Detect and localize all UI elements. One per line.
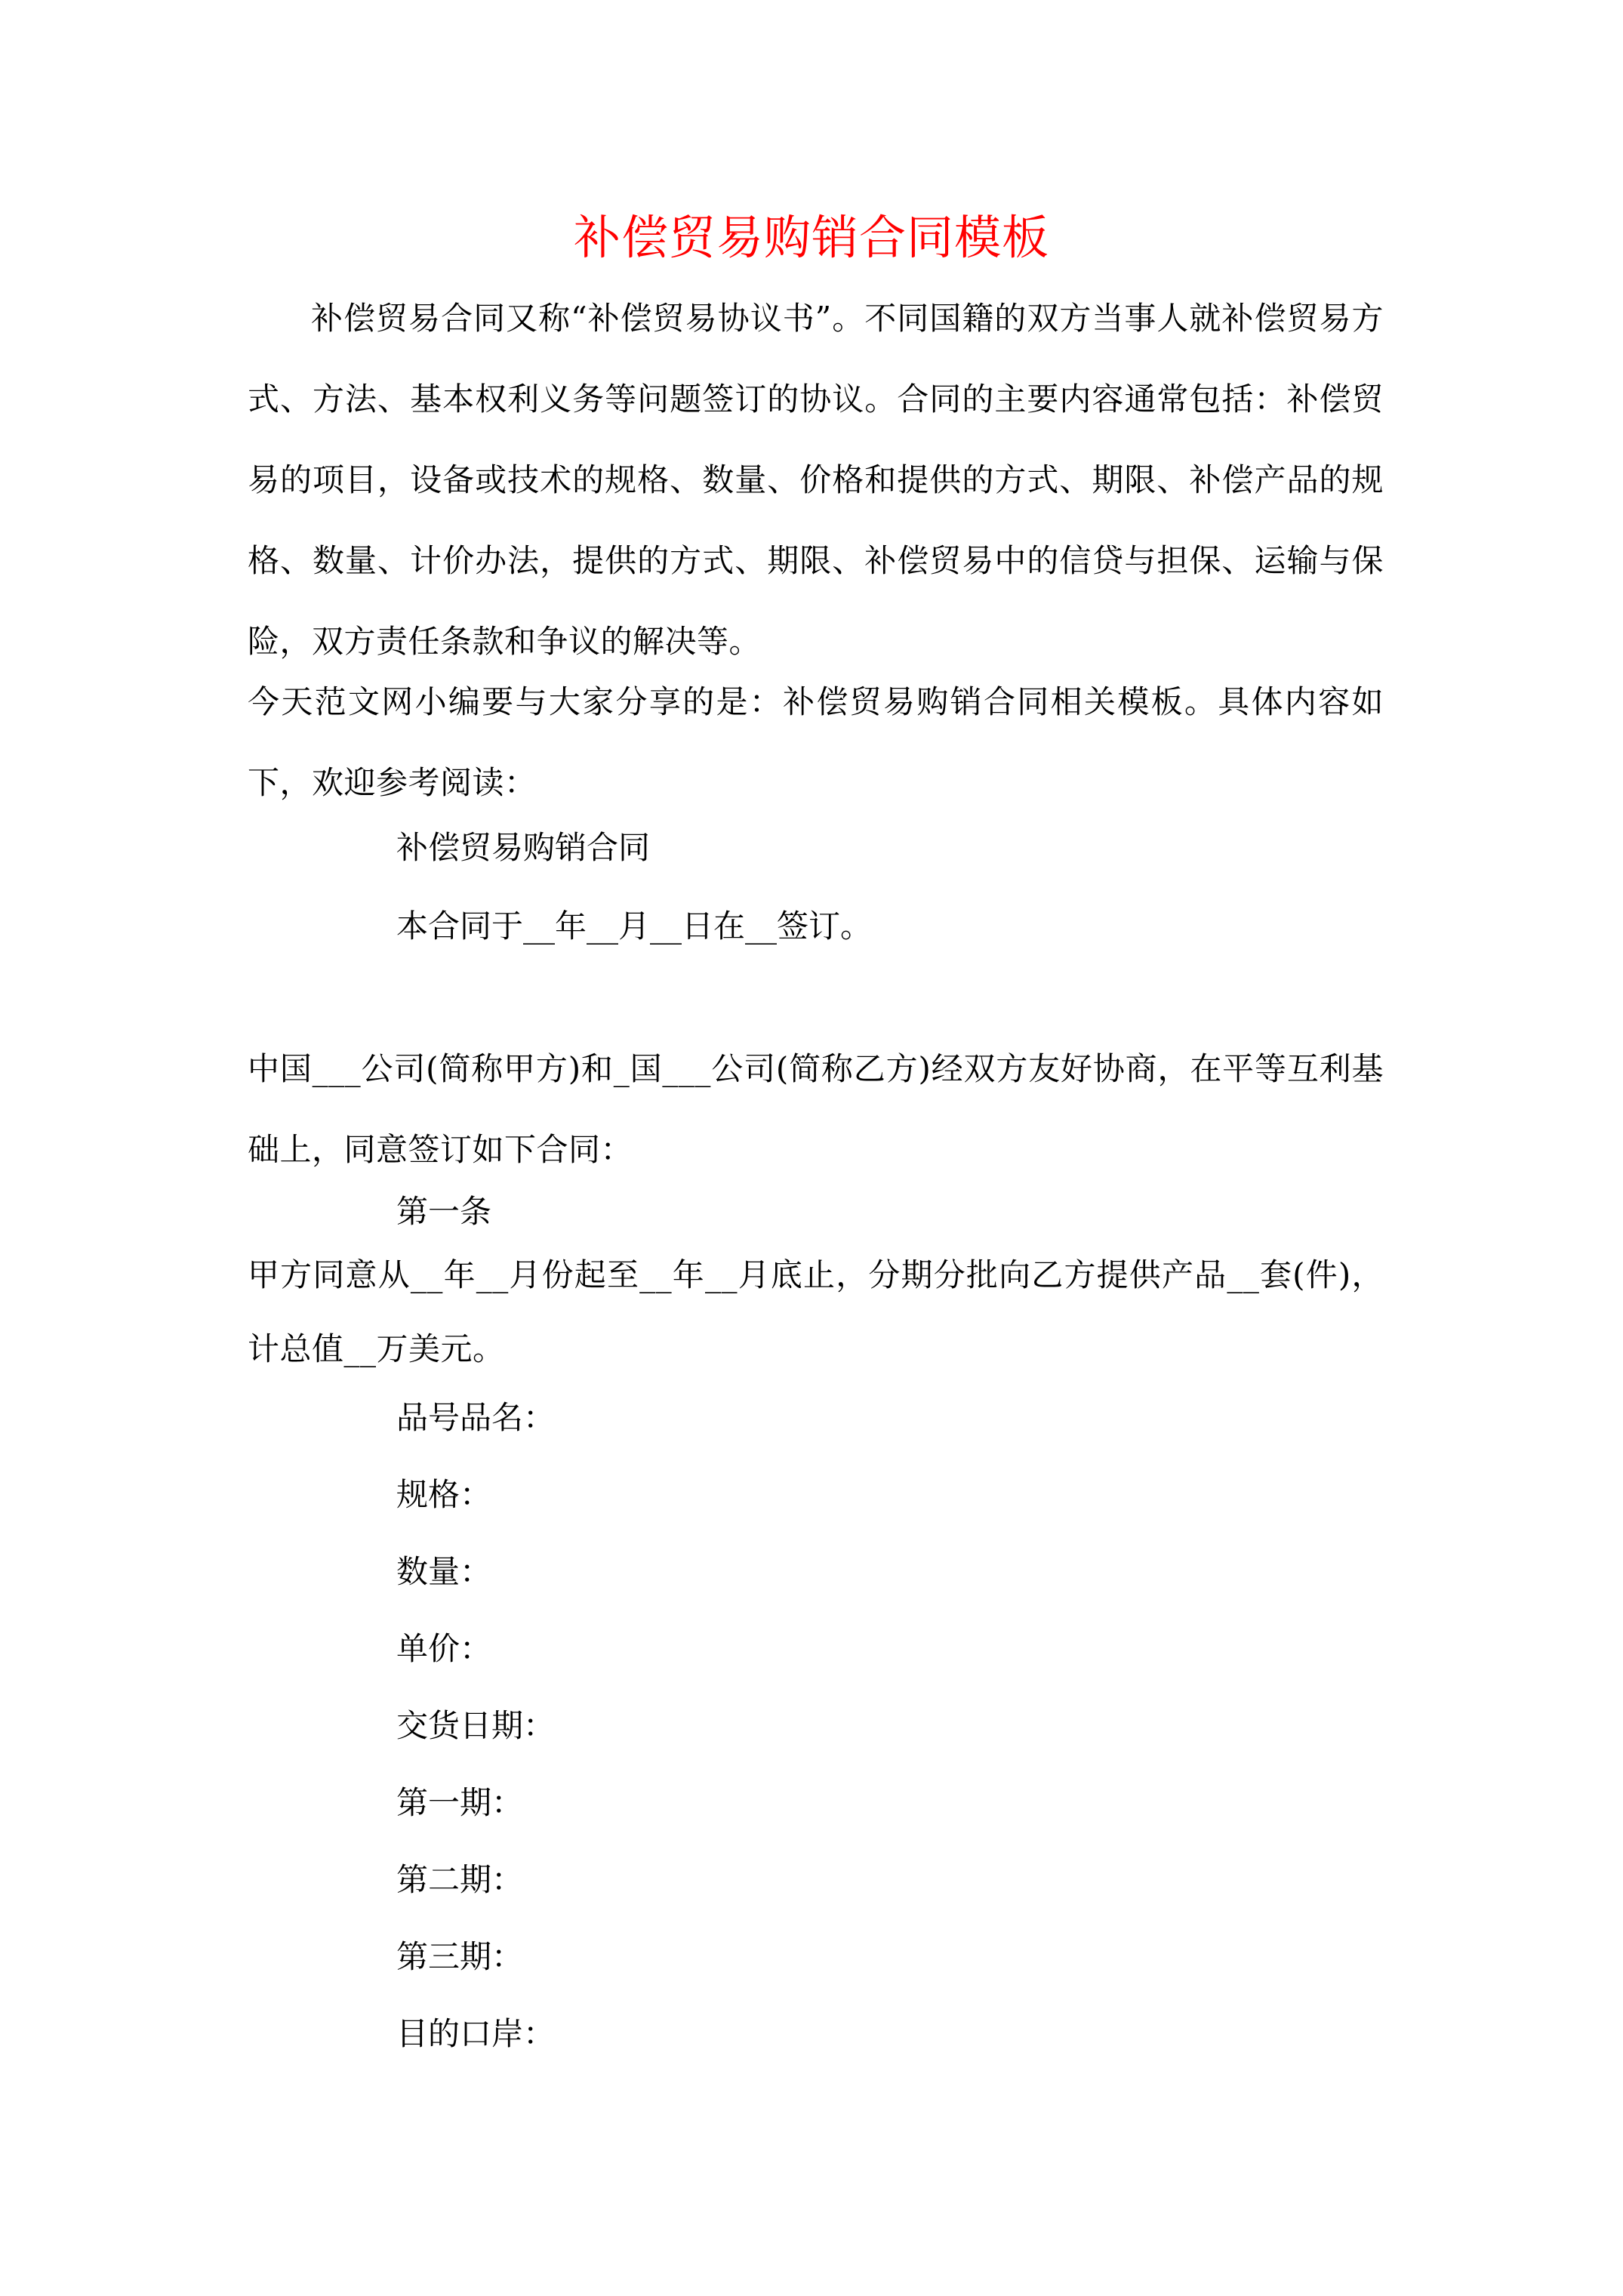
document-page: 补偿贸易购销合同模板 补偿贸易合同又称“补偿贸易协议书”。不同国籍的双方当事人就…: [0, 0, 1623, 2296]
share-note-paragraph: 今天范文网小编要与大家分享的是：补偿贸易购销合同相关模板。具体内容如下，欢迎参考…: [248, 661, 1384, 823]
parties-paragraph: 中国___公司(简称甲方)和_国___公司(简称乙方)经双方友好协商，在平等互利…: [248, 1028, 1384, 1190]
article-1-heading: 第一条: [396, 1189, 491, 1234]
field-product-name: 品号品名：: [396, 1395, 555, 1441]
document-title: 补偿贸易购销合同模板: [0, 204, 1623, 272]
field-delivery-date: 交货日期：: [396, 1703, 555, 1749]
article-1-body: 甲方同意从__年__月份起至__年__月底止，分期分批向乙方提供产品__套(件)…: [248, 1238, 1384, 1386]
field-unit-price: 单价：: [396, 1626, 491, 1672]
field-quantity: 数量：: [396, 1549, 491, 1595]
intro-paragraph: 补偿贸易合同又称“补偿贸易协议书”。不同国籍的双方当事人就补偿贸易方式、方法、基…: [248, 278, 1384, 682]
field-phase-1: 第一期：: [396, 1780, 523, 1826]
contract-heading: 补偿贸易购销合同: [396, 825, 650, 871]
field-phase-3: 第三期：: [396, 1934, 523, 1980]
signing-line: 本合同于__年__月__日在__签订。: [396, 904, 872, 949]
field-destination-port: 目的口岸：: [396, 2011, 555, 2057]
field-phase-2: 第二期：: [396, 1857, 523, 1903]
field-specification: 规格：: [396, 1472, 491, 1518]
